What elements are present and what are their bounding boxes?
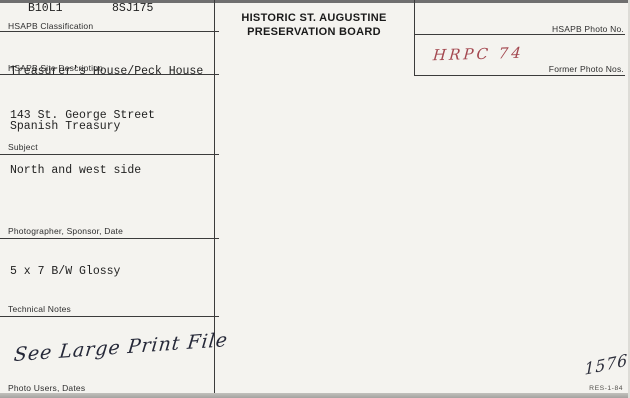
technical-notes-field-rule (0, 316, 219, 317)
subject-line1: Spanish Treasury (10, 120, 141, 135)
hsapb-photo-no-rule (414, 34, 625, 35)
site-description-label: HSAPB Site Description (8, 63, 103, 73)
former-photo-number-handwritten: HRPC 74 (432, 44, 524, 64)
hsapb-photo-no-label: HSAPB Photo No. (552, 24, 624, 34)
technical-notes-value: 5 x 7 B/W Glossy (10, 265, 120, 280)
handwritten-note: See Large Print File (13, 329, 229, 366)
photographer-field-rule (0, 238, 219, 239)
scan-edge-top (0, 0, 630, 3)
page-title: HISTORIC ST. AUGUSTINE PRESERVATION BOAR… (214, 11, 414, 39)
scan-edge-bottom (0, 393, 630, 398)
technical-notes-label: Technical Notes (8, 304, 71, 314)
subject-label: Subject (8, 142, 38, 152)
handwritten-accession-number: 1576 (584, 350, 628, 379)
photo-users-label: Photo Users, Dates (8, 383, 85, 393)
classification-field-rule (0, 31, 219, 32)
archive-photo-card: B10L1 8SJ175 HSAPB Classification Treasu… (0, 0, 630, 398)
title-line2: PRESERVATION BOARD (214, 25, 414, 39)
photo-number-box-divider (414, 0, 415, 76)
form-code: RES-1-84 (589, 385, 623, 392)
former-photo-nos-rule (414, 75, 625, 76)
former-photo-nos-label: Former Photo Nos. (549, 64, 624, 74)
photographer-label: Photographer, Sponsor, Date (8, 226, 123, 236)
classification-label: HSAPB Classification (8, 21, 93, 31)
classification-site-code: 8SJ175 (112, 2, 153, 17)
subject-line2: North and west side (10, 164, 141, 179)
title-line1: HISTORIC ST. AUGUSTINE (214, 11, 414, 25)
classification-block-code: B10L1 (28, 2, 63, 17)
